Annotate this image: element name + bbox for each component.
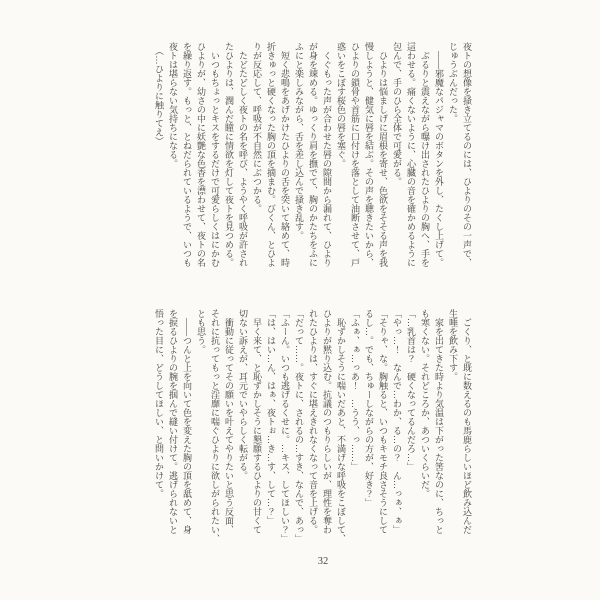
text-line: 恥ずかしそうに喘いだあと、不満げな呼吸をこぼして、 bbox=[334, 309, 348, 534]
text-line: （…ひよりに触りてえ） bbox=[152, 42, 166, 267]
text-line: 「は、はい…ん、はぁ、夜トぉ…き…す、して…？」 bbox=[264, 309, 278, 534]
text-line: ひよりの鎖骨や首筋に口付けを落として油断させて、戸 bbox=[348, 42, 362, 267]
text-line: たどたどしく夜トの名を呼び、ようやく呼吸が許され bbox=[236, 42, 250, 267]
text-line: るし…。でも、ちゅーしながらの方が、好き？」 bbox=[362, 309, 376, 534]
text-line: それに抗ってもっと淫靡に喘ぐひよりに欲しがられたい、 bbox=[208, 309, 222, 534]
text-line: れたひよりは、すぐに堪えきれなくなって音を上げる。 bbox=[306, 309, 320, 534]
text-line: ごくり、と既に数えるのも馬鹿らしいほど飲み込んだ bbox=[460, 309, 474, 534]
bottom-text-block: ごくり、と既に数えるのも馬鹿らしいほど飲み込んだ生唾を飲み下す。 家を出てきた時… bbox=[152, 309, 474, 534]
text-line: 夜トは堪らない気持ちになる。 bbox=[166, 42, 180, 267]
text-line: ひよりが黙り込む。抗議のつもりらしいが、理性を奪わ bbox=[320, 309, 334, 534]
text-line: 「やっ…！ なんで…わか、る…の？ ん…っぁ、ぁ」 bbox=[390, 309, 404, 534]
text-line: 惑いをこぼす桜色の唇を塞ぐ。 bbox=[334, 42, 348, 267]
text-line: 「そりゃ、な。胸触ると、いつもキモチ良さそうにして bbox=[376, 309, 390, 534]
text-line: じゅうぶんだった。 bbox=[446, 42, 460, 267]
text-line: 慢しようと、健気に唇を結ぶ。その声を聴きたいから、 bbox=[362, 42, 376, 267]
text-line: が身を竦める。ゆっくり肩を撫でて、胸のかたちをふに bbox=[306, 42, 320, 267]
text-line: ひよりが、幼さの中に妖艶な色香を漂わせて、夜トの名 bbox=[194, 42, 208, 267]
text-line: 包んで、手のひら全体で可愛がる。 bbox=[390, 42, 404, 267]
text-line: 「ふーん。いつも逃げるくせに。…キス、してほしい？」 bbox=[278, 309, 292, 534]
text-line: 悟った目に、どうしてほしい、と問いかけて。 bbox=[152, 309, 166, 534]
text-line: 短く悲鳴をあげかけたひよりの舌を突いて絡めて、時 bbox=[278, 42, 292, 267]
text-line: を捩るひよりの腕を掴んで縫い付けて。逃げられないと bbox=[166, 309, 180, 534]
top-text-block: 夜トの想像を掻き立てるのには、ひよりのその一声で、じゅうぶんだった。 ――邪魔な… bbox=[152, 42, 474, 267]
text-line: 「…乳首は？ 硬くなってるんだろ…」 bbox=[404, 309, 418, 534]
text-line: とも思う。 bbox=[194, 309, 208, 534]
text-line: ふにと楽しみながら、舌を差し込んで掻き乱す。 bbox=[292, 42, 306, 267]
text-line: ――邪魔なパジャマのボタンを外し、たくし上げて。 bbox=[432, 42, 446, 267]
text-line: りが反応して、呼吸が不自然にぶつかる。 bbox=[250, 42, 264, 267]
text-line: いつもちょっとキスをするだけで可愛らしくはにかむ bbox=[208, 42, 222, 267]
text-line: 折きゅっと硬くなった胸の頂を摘まむ。びくん、とひよ bbox=[264, 42, 278, 267]
text-line: 「だって……。夜トに、されるの…すき、なんで、あっ」 bbox=[292, 309, 306, 534]
text-line: を繰り返す。もっと、とねだられているようで、いつも bbox=[180, 42, 194, 267]
text-line: ひよりは悩ましげに眉根を寄せ、色欲をそそる声を我 bbox=[376, 42, 390, 267]
text-line: 生唾を飲み下す。 bbox=[446, 309, 460, 534]
text-line: たひよりは、潤んだ瞳に情欲を灯して夜トを見つめる。 bbox=[222, 42, 236, 267]
text-line: ぶるりと震えながら曝け出されたひよりの胸へ、手を bbox=[418, 42, 432, 267]
text-line: 衝動に従ってその願いを叶えてやりたいと思う反面、 bbox=[222, 309, 236, 534]
novel-page: 夜トの想像を掻き立てるのには、ひよりのその一声で、じゅうぶんだった。 ――邪魔な… bbox=[0, 0, 600, 600]
text-line: 這わせる。痛くないように、心臓の音を確かめるように bbox=[404, 42, 418, 267]
text-line: くぐもった声が合わせた唇の隙間から漏れて、ひより bbox=[320, 42, 334, 267]
page-number: 32 bbox=[310, 556, 336, 567]
text-line: 早く来て、と恥ずかしそうに懇願するひよりの甘くて bbox=[250, 309, 264, 534]
text-line: 切ない訴えが、耳元でいやらしく転がる。 bbox=[236, 309, 250, 534]
text-line: 「ふぁ、ぁ…っあ！ …うう、っ……」 bbox=[348, 309, 362, 534]
text-line: も寒くない。それどころか、あついくらいだ。 bbox=[418, 309, 432, 534]
text-line: ――つんと上を向いて色を変えた胸の頂を舐めて、身 bbox=[180, 309, 194, 534]
text-line: 家を出てきた時より気温は下がった筈なのに、ちっと bbox=[432, 309, 446, 534]
text-line: 夜トの想像を掻き立てるのには、ひよりのその一声で、 bbox=[460, 42, 474, 267]
